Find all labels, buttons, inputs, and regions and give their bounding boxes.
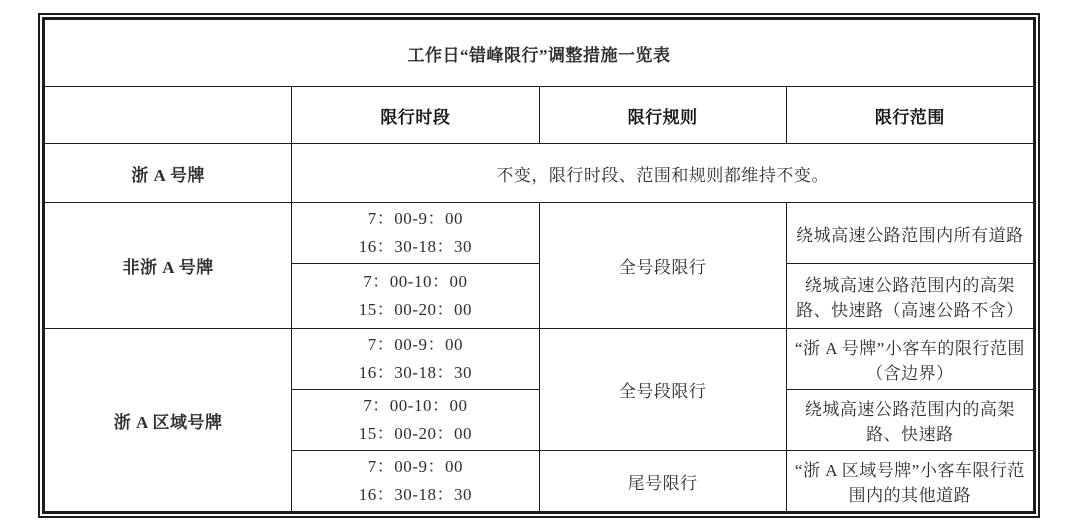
rule-cell-zhe-a-regional-full: 全号段限行	[539, 329, 786, 451]
period-line: 15：00-20：00	[298, 296, 532, 324]
header-period: 限行时段	[292, 87, 539, 144]
scope-cell: 绕城高速公路范围内的高架路、快速路（高速公路不含）	[786, 264, 1033, 329]
row-zhe-a: 浙 A 号牌 不变，限行时段、范围和规则都维持不变。	[45, 144, 1034, 203]
period-cell: 7：00-9：00 16：30-18：30	[292, 451, 539, 512]
period-line: 7：00-9：00	[298, 205, 532, 233]
period-cell: 7：00-9：00 16：30-18：30	[292, 329, 539, 390]
page: 工作日“错峰限行”调整措施一览表 限行时段 限行规则 限行范围 浙 A 号牌 不…	[0, 0, 1080, 531]
scope-cell: 绕城高速公路范围内的高架路、快速路	[786, 390, 1033, 451]
period-line: 16：30-18：30	[298, 359, 532, 387]
period-line: 7：00-10：00	[298, 392, 532, 420]
table-outer-frame: 工作日“错峰限行”调整措施一览表 限行时段 限行规则 限行范围 浙 A 号牌 不…	[38, 13, 1040, 518]
scope-cell: “浙 A 号牌”小客车的限行范围（含边界）	[786, 329, 1033, 390]
scope-cell: 绕城高速公路范围内所有道路	[786, 203, 1033, 264]
period-line: 16：30-18：30	[298, 481, 532, 509]
table-inner-frame: 工作日“错峰限行”调整措施一览表 限行时段 限行规则 限行范围 浙 A 号牌 不…	[42, 17, 1036, 514]
period-cell: 7：00-10：00 15：00-20：00	[292, 264, 539, 329]
header-plate-empty	[45, 87, 292, 144]
period-line: 16：30-18：30	[298, 233, 532, 261]
scope-cell: “浙 A 区域号牌”小客车限行范围内的其他道路	[786, 451, 1033, 512]
rule-cell-zhe-a-regional-tail: 尾号限行	[539, 451, 786, 512]
restriction-table: 工作日“错峰限行”调整措施一览表 限行时段 限行规则 限行范围 浙 A 号牌 不…	[44, 19, 1034, 512]
period-line: 7：00-10：00	[298, 268, 532, 296]
period-line: 15：00-20：00	[298, 420, 532, 448]
row-zhe-a-regional-1: 浙 A 区域号牌 7：00-9：00 16：30-18：30 全号段限行 “浙 …	[45, 329, 1034, 390]
plate-label-zhe-a-regional: 浙 A 区域号牌	[45, 329, 292, 512]
zhe-a-unchanged-note: 不变，限行时段、范围和规则都维持不变。	[292, 144, 1034, 203]
row-non-zhe-a-1: 非浙 A 号牌 7：00-9：00 16：30-18：30 全号段限行 绕城高速…	[45, 203, 1034, 264]
rule-cell-non-zhe-a: 全号段限行	[539, 203, 786, 329]
header-rule: 限行规则	[539, 87, 786, 144]
title-row: 工作日“错峰限行”调整措施一览表	[45, 20, 1034, 87]
header-row: 限行时段 限行规则 限行范围	[45, 87, 1034, 144]
period-line: 7：00-9：00	[298, 331, 532, 359]
period-line: 7：00-9：00	[298, 453, 532, 481]
table-title: 工作日“错峰限行”调整措施一览表	[45, 20, 1034, 87]
plate-label-non-zhe-a: 非浙 A 号牌	[45, 203, 292, 329]
header-scope: 限行范围	[786, 87, 1033, 144]
period-cell: 7：00-9：00 16：30-18：30	[292, 203, 539, 264]
plate-label-zhe-a: 浙 A 号牌	[45, 144, 292, 203]
period-cell: 7：00-10：00 15：00-20：00	[292, 390, 539, 451]
